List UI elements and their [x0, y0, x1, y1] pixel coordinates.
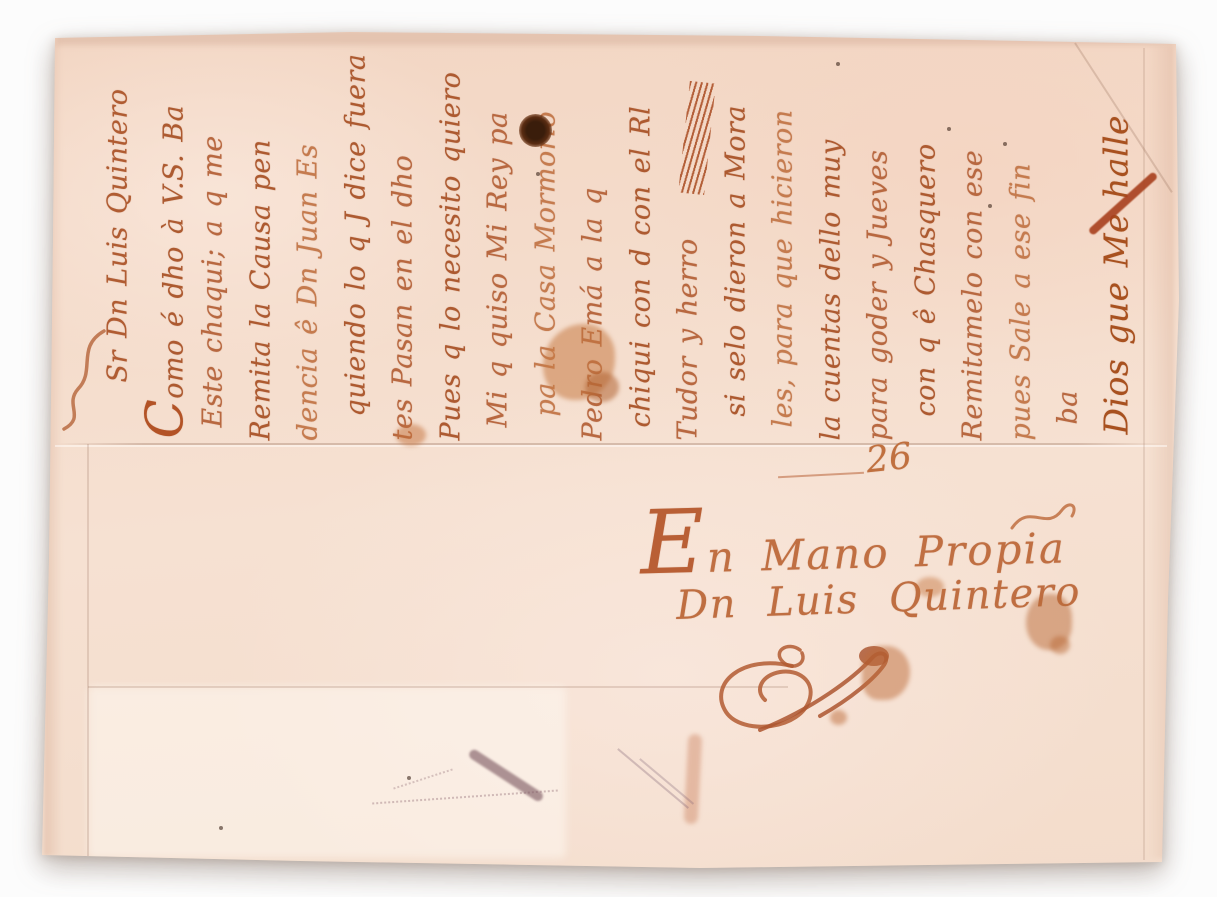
- manuscript-line: tes Pasan en el dho: [380, 41, 428, 441]
- speck: [988, 204, 992, 208]
- lower-fold-crease: [88, 686, 788, 688]
- speck: [836, 62, 840, 66]
- manuscript-line: Remita la Causa pen: [237, 41, 285, 441]
- paper-right-edge-shade: [1148, 46, 1174, 858]
- manuscript-line: Pues q lo necesito quiero: [427, 41, 475, 441]
- fold-crease-highlight: [55, 445, 1167, 447]
- paper-sheet: Sr Dn Luis Quintero Como é dho à V.S. Ba…: [0, 0, 1217, 897]
- manuscript-line: Este chaqui; a q me: [190, 41, 238, 441]
- docket-dash: [778, 472, 864, 478]
- manuscript-line: ba: [1045, 41, 1093, 441]
- stain: [1050, 636, 1070, 654]
- ink-blot: [519, 114, 552, 147]
- stain: [396, 424, 426, 446]
- speck: [536, 172, 540, 176]
- manuscript-line: la cuentas dello muy: [807, 41, 855, 441]
- speck: [1003, 142, 1007, 146]
- manuscript-photo: Sr Dn Luis Quintero Como é dho à V.S. Ba…: [0, 0, 1217, 897]
- address-trailing-flourish: [1008, 496, 1082, 538]
- manuscript-line: dencia ê Dn Juan Es: [285, 41, 333, 441]
- salutation-flourish: [52, 325, 112, 435]
- paper-shadow-wrap: Sr Dn Luis Quintero Como é dho à V.S. Ba…: [0, 0, 1217, 897]
- manuscript-line: para goder y Jueves: [855, 41, 903, 441]
- manuscript-line: Mi q quiso Mi Rey pa: [475, 41, 523, 441]
- stain: [916, 577, 944, 597]
- docket-number: 26: [864, 436, 914, 482]
- stain: [830, 710, 847, 725]
- right-vertical-crease: [1143, 48, 1145, 860]
- ink-smear: [684, 734, 703, 825]
- left-vertical-crease: [87, 444, 89, 856]
- speck: [219, 826, 223, 830]
- manuscript-line: si selo dieron a Mora: [712, 41, 760, 441]
- stain: [585, 372, 619, 402]
- manuscript-line: con q ê Chasquero: [902, 41, 950, 441]
- docket-mark: 26: [778, 438, 912, 479]
- manuscript-line: les, para que hicieron: [760, 41, 808, 441]
- speck: [947, 127, 951, 131]
- manuscript-line: quiendo lo q J dice fuera: [332, 41, 380, 441]
- faint-diagonal-mark: [618, 748, 689, 808]
- manuscript-line: pues Sale a ese fin: [997, 41, 1045, 441]
- paper-left-edge-shade: [44, 42, 62, 856]
- manuscript-line: Dios gue Me halle: [1092, 41, 1140, 441]
- manuscript-line: Remitamelo con ese: [950, 41, 998, 441]
- speck: [407, 776, 411, 780]
- manuscript-line: Como é dho à V.S. Ba: [142, 41, 190, 441]
- manuscript-line: chiqui con d con el Rl: [617, 41, 665, 441]
